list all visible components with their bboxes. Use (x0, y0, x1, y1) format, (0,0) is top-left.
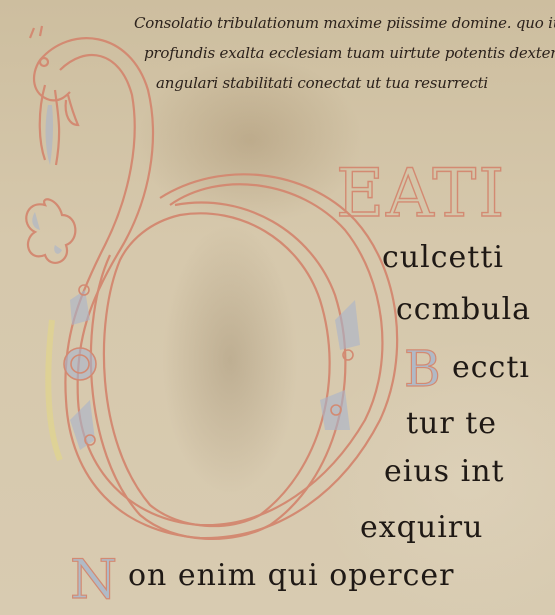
text-line-4: tur te (406, 406, 497, 441)
text-line-2: ccmbula (396, 292, 531, 327)
text-line-7: on enim qui opercer (128, 558, 455, 593)
header-line-2: profundis exalta ecclesiam tuam uirtute … (144, 44, 555, 62)
text-line-3: ecctı (452, 350, 530, 385)
small-initial-b: B (404, 340, 441, 398)
display-capitals: EATI (336, 155, 506, 232)
text-line-5: eius int (384, 454, 505, 489)
small-initial-n: N (70, 548, 117, 611)
text-line-1: culcetti (382, 240, 504, 275)
header-line-3: angulari stabilitati conectat ut tua res… (156, 74, 488, 92)
header-line-1: Consolatio tribulationum maxime piissime… (134, 14, 555, 32)
text-line-6: exquiru (360, 510, 483, 545)
